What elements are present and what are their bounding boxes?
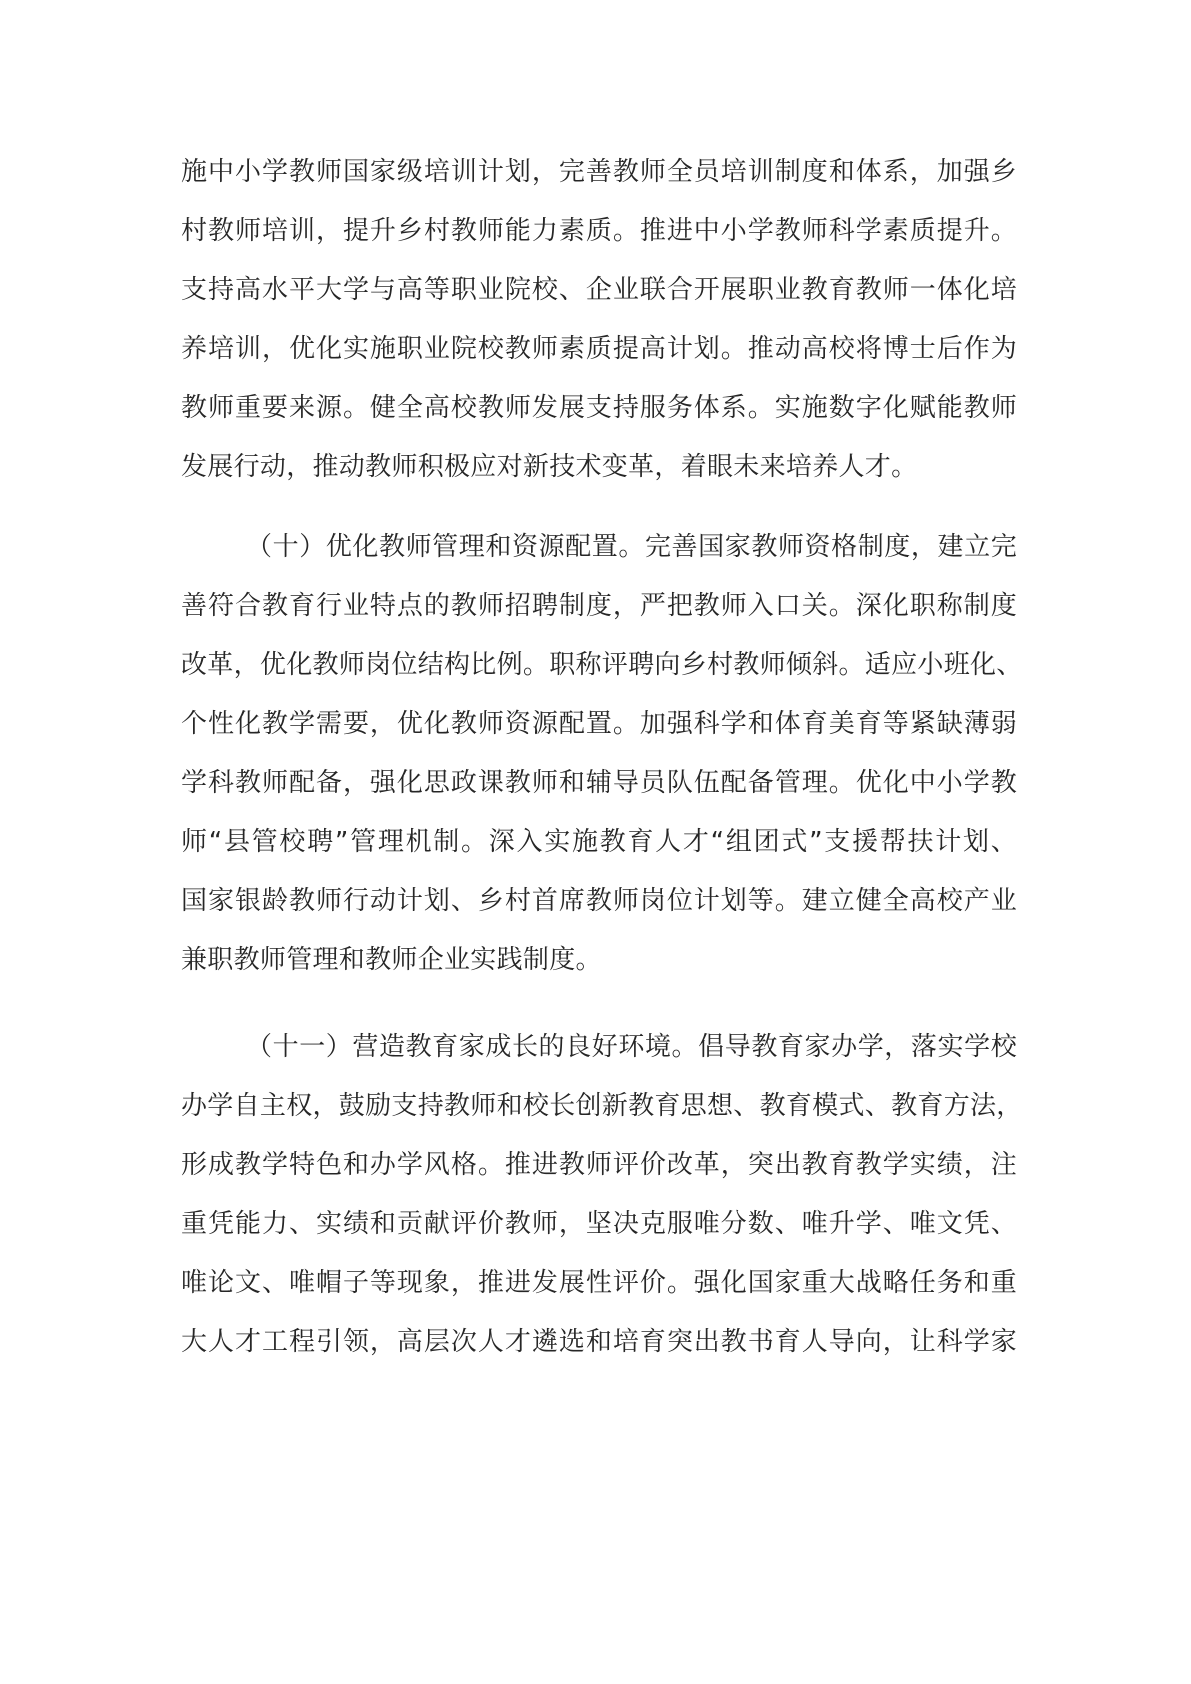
text-line: 善符合教育行业特点的教师招聘制度，严把教师入口关。深化职称制度 xyxy=(181,586,1017,626)
text-line: 大人才工程引领，高层次人才遴选和培育突出教书育人导向，让科学家 xyxy=(181,1322,1017,1362)
text-line: 重凭能力、实绩和贡献评价教师，坚决克服唯分数、唯升学、唯文凭、 xyxy=(181,1204,1017,1244)
text-line: 形成教学特色和办学风格。推进教师评价改革，突出教育教学实绩，注 xyxy=(181,1145,1017,1185)
text-line: 改革，优化教师岗位结构比例。职称评聘向乡村教师倾斜。适应小班化、 xyxy=(181,645,1017,685)
text-line: 施中小学教师国家级培训计划，完善教师全员培训制度和体系，加强乡 xyxy=(181,152,1017,192)
text-line: 学科教师配备，强化思政课教师和辅导员队伍配备管理。优化中小学教 xyxy=(181,763,1017,803)
paragraph-heading-line: （十一）营造教育家成长的良好环境。倡导教育家办学，落实学校 xyxy=(246,1027,1017,1067)
text-line: 养培训，优化实施职业院校教师素质提高计划。推动高校将博士后作为 xyxy=(181,329,1017,369)
text-line: 教师重要来源。健全高校教师发展支持服务体系。实施数字化赋能教师 xyxy=(181,388,1017,428)
text-line: 唯论文、唯帽子等现象，推进发展性评价。强化国家重大战略任务和重 xyxy=(181,1263,1017,1303)
paragraph-heading-line: （十）优化教师管理和资源配置。完善国家教师资格制度，建立完 xyxy=(246,527,1017,567)
text-line: 办学自主权，鼓励支持教师和校长创新教育思想、教育模式、教育方法， xyxy=(181,1086,1017,1126)
text-line: 师“县管校聘”管理机制。深入实施教育人才“组团式”支援帮扶计划、 xyxy=(181,822,1017,862)
text-line: 国家银龄教师行动计划、乡村首席教师岗位计划等。建立健全高校产业 xyxy=(181,881,1017,921)
text-line: 支持高水平大学与高等职业院校、企业联合开展职业教育教师一体化培 xyxy=(181,270,1017,310)
text-line: 发展行动，推动教师积极应对新技术变革，着眼未来培养人才。 xyxy=(181,447,1017,487)
text-line: 个性化教学需要，优化教师资源配置。加强科学和体育美育等紧缺薄弱 xyxy=(181,704,1017,744)
text-line: 村教师培训，提升乡村教师能力素质。推进中小学教师科学素质提升。 xyxy=(181,211,1017,251)
document-page: 施中小学教师国家级培训计划，完善教师全员培训制度和体系，加强乡 村教师培训，提升… xyxy=(0,0,1191,1684)
text-line: 兼职教师管理和教师企业实践制度。 xyxy=(181,940,1017,980)
